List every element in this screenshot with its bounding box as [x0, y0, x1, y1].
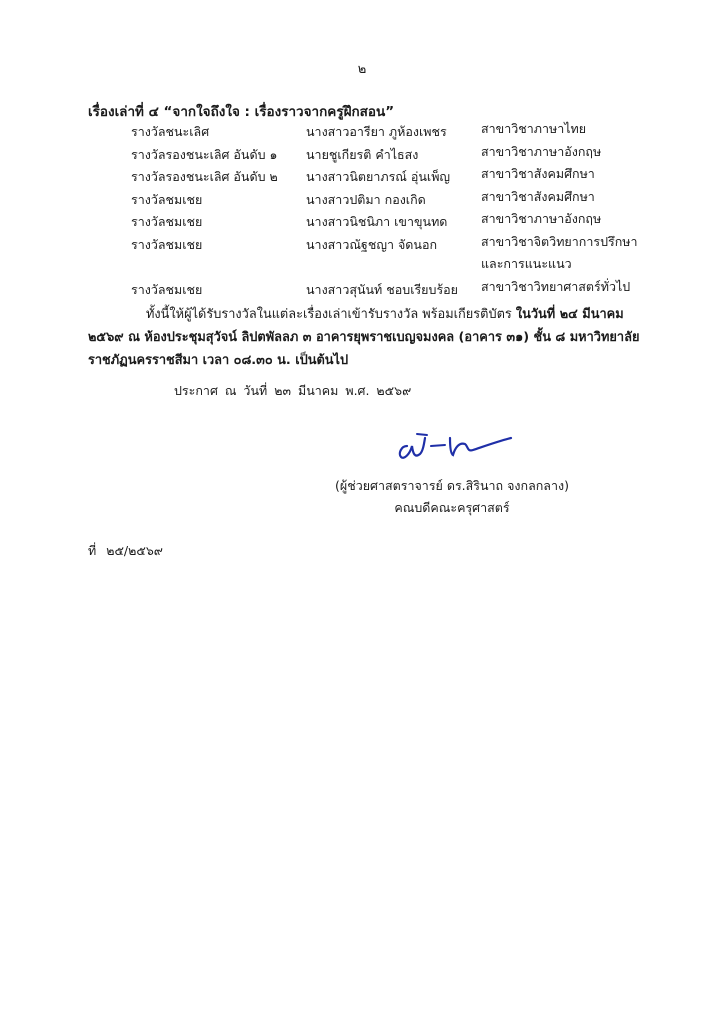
document-reference-number: ที่ ๒๕/๒๕๖๙ — [88, 541, 163, 561]
awardee-department: สาขาวิชาภาษาอังกฤษ — [481, 208, 601, 231]
awardee-department: สาขาวิชาสังคมศึกษา — [481, 163, 595, 186]
page-number: ๒ — [0, 58, 724, 79]
ceremony-paragraph: ทั้งนี้ให้ผู้ได้รับรางวัลในแต่ละเรื่องเล… — [88, 303, 648, 372]
award-level: รางวัลชนะเลิศ — [131, 122, 209, 142]
awardee-department: สาขาวิชาภาษาไทย — [481, 118, 586, 141]
awardee-department: สาขาวิชาภาษาอังกฤษ — [481, 141, 601, 164]
awardee-department: สาขาวิชาจิตวิทยาการปรึกษาและการแนะแนว — [481, 231, 638, 276]
signature-image — [395, 424, 515, 464]
signer-title: คณบดีคณะครุศาสตร์ — [0, 498, 724, 518]
awardee-name: นางสาวอารียา ภูห้องเพชร — [306, 122, 447, 142]
awardee-name: นางสาวปติมา กองเกิด — [306, 190, 426, 210]
awardee-name: นางสาวนิตยาภรณ์ อุ่นเพ็ญ — [306, 167, 450, 187]
award-level: รางวัลชมเชย — [131, 280, 202, 300]
awardee-name: นายชูเกียรติ คำไธสง — [306, 145, 418, 165]
award-level: รางวัลรองชนะเลิศ อันดับ ๒ — [131, 167, 278, 187]
award-level: รางวัลชมเชย — [131, 212, 202, 232]
announcement-date: ประกาศ ณ วันที่ ๒๓ มีนาคม พ.ศ. ๒๕๖๙ — [174, 381, 411, 401]
awardee-department: สาขาวิชาวิทยาศาสตร์ทั่วไป — [481, 276, 630, 299]
awardee-department: สาขาวิชาสังคมศึกษา — [481, 186, 595, 209]
signer-name: (ผู้ช่วยศาสตราจารย์ ดร.สิรินาถ จงกลกลาง) — [0, 476, 724, 496]
award-level: รางวัลชมเชย — [131, 190, 202, 210]
awardee-name: นางสาวณัฐชญา จัดนอก — [306, 235, 437, 255]
award-level: รางวัลชมเชย — [131, 235, 202, 255]
document-page: ๒ เรื่องเล่าที่ ๔ “จากใจถึงใจ : เรื่องรา… — [0, 0, 724, 1024]
awardee-name: นางสาวนิชนิภา เขาขุนทด — [306, 212, 447, 232]
story-heading: เรื่องเล่าที่ ๔ “จากใจถึงใจ : เรื่องราวจ… — [88, 100, 394, 122]
award-level: รางวัลรองชนะเลิศ อันดับ ๑ — [131, 145, 277, 165]
paragraph-intro: ทั้งนี้ให้ผู้ได้รับรางวัลในแต่ละเรื่องเล… — [146, 307, 516, 322]
awardee-name: นางสาวสุนันท์ ชอบเรียบร้อย — [306, 280, 458, 300]
